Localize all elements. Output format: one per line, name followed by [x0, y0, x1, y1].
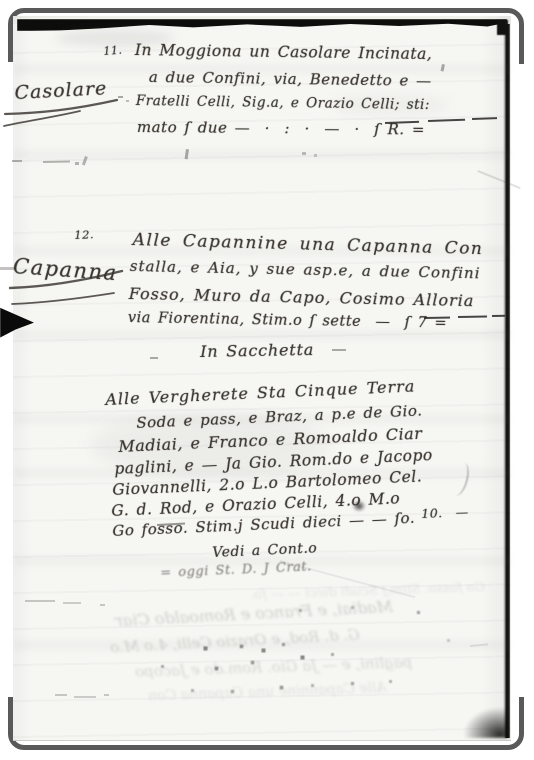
corner-smudge [462, 706, 508, 738]
entry-11-number: 11. [103, 44, 123, 58]
amount-scudi: 10. — [421, 504, 469, 521]
entry-11-line-1: In Moggiona un Casolare Incinata, [135, 41, 433, 63]
scanner-streak [14, 330, 510, 340]
scanned-manuscript-page: 11. Casolare In Moggiona un Casolare Inc… [0, 0, 534, 760]
ink-dot [126, 100, 129, 102]
scan-top-edge [17, 19, 507, 31]
ink-dash [43, 161, 70, 163]
faint-scratch [477, 170, 520, 189]
ruling-dash [428, 119, 465, 122]
manuscript-content: 11. Casolare In Moggiona un Casolare Inc… [0, 0, 534, 760]
entry-12-line-2: stalla, e Aia, y sue asp.e, a due Confin… [130, 257, 481, 282]
entry-11-line-2: a due Confini, via, Benedetto e — [149, 68, 432, 90]
ruling-dash [472, 117, 497, 120]
ink-dot [302, 152, 306, 155]
ruling-dash [492, 315, 505, 317]
ink-dash [25, 600, 55, 602]
ink-dot [75, 162, 79, 165]
entry-12-number: 12. [74, 227, 94, 242]
entry-12-line-3: Fosso, Muro da Capo, Cosimo Alloria [129, 284, 475, 310]
ink-dash [12, 160, 22, 162]
ink-dot [314, 154, 317, 157]
ink-dash [74, 696, 96, 698]
scan-corner-dark [497, 20, 508, 35]
scanner-streak [14, 150, 510, 160]
ink-dash [55, 694, 67, 696]
ink-dash [63, 602, 81, 604]
ink-dot [100, 604, 105, 606]
ink-dash [118, 96, 123, 98]
bleedthrough-line: G. d. Rod, e Orazio Celli, 4.o M.o [110, 625, 360, 656]
bleedthrough-line: paglini, e — Ja Gio. Rom.do e Jacopo [135, 653, 413, 681]
entry-11-line-4: mato ſ due — · : · — · ſ R. = [137, 118, 425, 139]
ink-dash [332, 349, 346, 351]
entry-11-line-3: Fratelli Celli, Sig.a, e Orazio Celli; s… [136, 93, 430, 113]
ink-dash [0, 267, 14, 270]
entry-12-line-4: via Fiorentina, Stim.o ſ sette — ſ 7 = [128, 310, 447, 332]
margin-label-flourish [2, 96, 122, 136]
bleedthrough-squiggle [448, 461, 472, 498]
ink-dash [150, 357, 158, 359]
page-edge-shadow [503, 24, 510, 738]
ink-blot [352, 500, 366, 512]
margin-label-flourish [6, 268, 126, 310]
ruling-dash [458, 315, 487, 318]
section-heading: In Sacchetta [200, 340, 314, 361]
ruling-dash [424, 317, 450, 320]
bleedthrough-line: Alle Capannine una Capanna Con [148, 680, 387, 704]
ink-dot [104, 694, 109, 696]
ink-specks [0, 0, 1, 1]
